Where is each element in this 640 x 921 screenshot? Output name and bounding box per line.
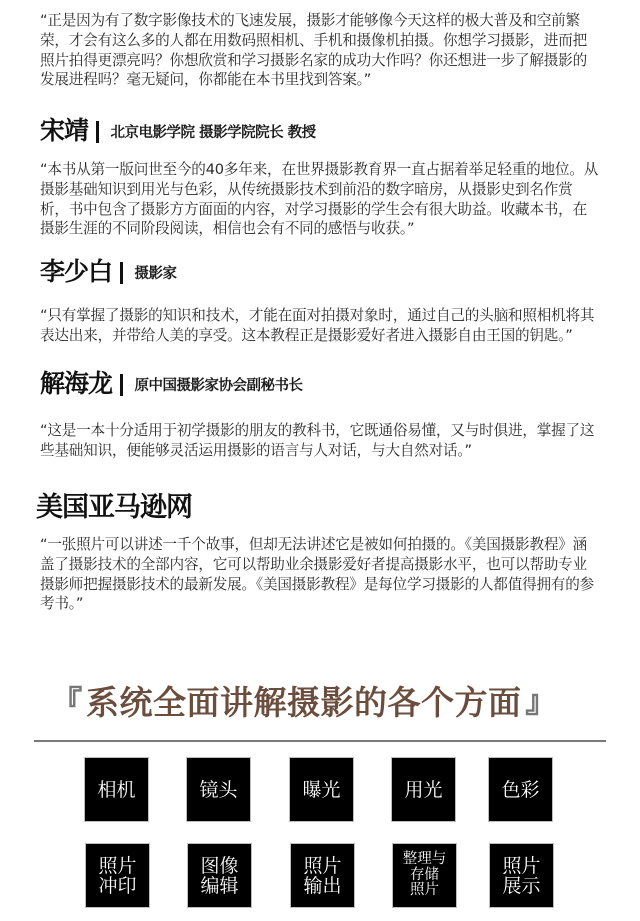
- topic-tile-exposure: 曝光: [289, 757, 354, 822]
- endorser-title: 摄影家: [135, 265, 177, 283]
- tile-label-line: 照片: [403, 883, 447, 899]
- topic-tile-image-editing: 图像 编辑: [187, 843, 252, 908]
- tile-label-line: 照片: [502, 856, 540, 876]
- topic-tile-color: 色彩: [488, 757, 553, 822]
- tile-label-line: 编辑: [200, 876, 238, 896]
- name-divider: [120, 374, 123, 396]
- topic-tile-printing: 照片 冲印: [85, 843, 150, 908]
- topic-tile-camera: 相机: [84, 757, 149, 822]
- source-quote: “一张照片可以讲述一千个故事，但却无法讲述它是被如何拍摄的。《美国摄影教程》涵盖…: [40, 535, 600, 614]
- endorser-quote: “本书从第一版问世至今的40多年来，在世界摄影教育界一直占据着举足轻重的地位。从…: [40, 160, 600, 239]
- tile-label: 曝光: [302, 779, 340, 801]
- name-divider: [96, 121, 99, 143]
- endorser-name: 李少白: [40, 258, 112, 286]
- tile-label: 镜头: [199, 779, 237, 801]
- topic-tile-storage: 整理与 存储 照片: [392, 843, 457, 908]
- tile-label-line: 冲印: [98, 876, 136, 896]
- endorser-quote: “只有掌握了摄影的知识和技术，才能在面对拍摄对象时，通过自己的头脑和照相机将其表…: [40, 306, 600, 346]
- topic-tile-lighting: 用光: [391, 757, 456, 822]
- topic-tile-display: 照片 展示: [489, 843, 554, 908]
- tile-label-line: 展示: [502, 876, 540, 896]
- tile-label: 色彩: [501, 779, 539, 801]
- close-bracket: 』: [526, 683, 556, 723]
- tile-label-line: 照片: [98, 856, 136, 876]
- endorser-name: 解海龙: [40, 370, 112, 398]
- endorser-quote: “这是一本十分适用于初学摄影的朋友的教科书，它既通俗易懂，又与时俱进，掌握了这些…: [40, 421, 600, 461]
- tile-label-line: 照片: [303, 856, 341, 876]
- endorser-title: 北京电影学院 摄影学院院长 教授: [111, 124, 316, 142]
- tile-label: 相机: [97, 779, 135, 801]
- section-title: 系统全面讲解摄影的各个方面: [86, 683, 522, 723]
- endorser-header: 解海龙 原中国摄影家协会副秘书长: [40, 370, 303, 398]
- tile-label-line: 图像: [200, 856, 238, 876]
- tile-label: 用光: [404, 779, 442, 801]
- endorser-header: 宋靖 北京电影学院 摄影学院院长 教授: [40, 117, 316, 145]
- open-bracket: 『: [52, 683, 82, 723]
- intro-quote: “正是因为有了数字影像技术的飞速发展，摄影才能够像今天这样的极大普及和空前繁荣，…: [40, 11, 600, 90]
- topic-tile-output: 照片 输出: [290, 843, 355, 908]
- section-banner: 『 系统全面讲解摄影的各个方面 』: [52, 683, 612, 723]
- source-name: 美国亚马逊网: [36, 491, 192, 525]
- topic-tile-lens: 镜头: [186, 757, 251, 822]
- endorser-name: 宋靖: [40, 117, 88, 145]
- section-divider: [34, 740, 606, 742]
- endorser-header: 李少白 摄影家: [40, 258, 177, 286]
- endorser-title: 原中国摄影家协会副秘书长: [135, 377, 303, 395]
- tile-label-line: 输出: [303, 876, 341, 896]
- tile-label-line: 存储: [403, 868, 447, 884]
- tile-label-line: 整理与: [403, 852, 447, 868]
- name-divider: [120, 262, 123, 284]
